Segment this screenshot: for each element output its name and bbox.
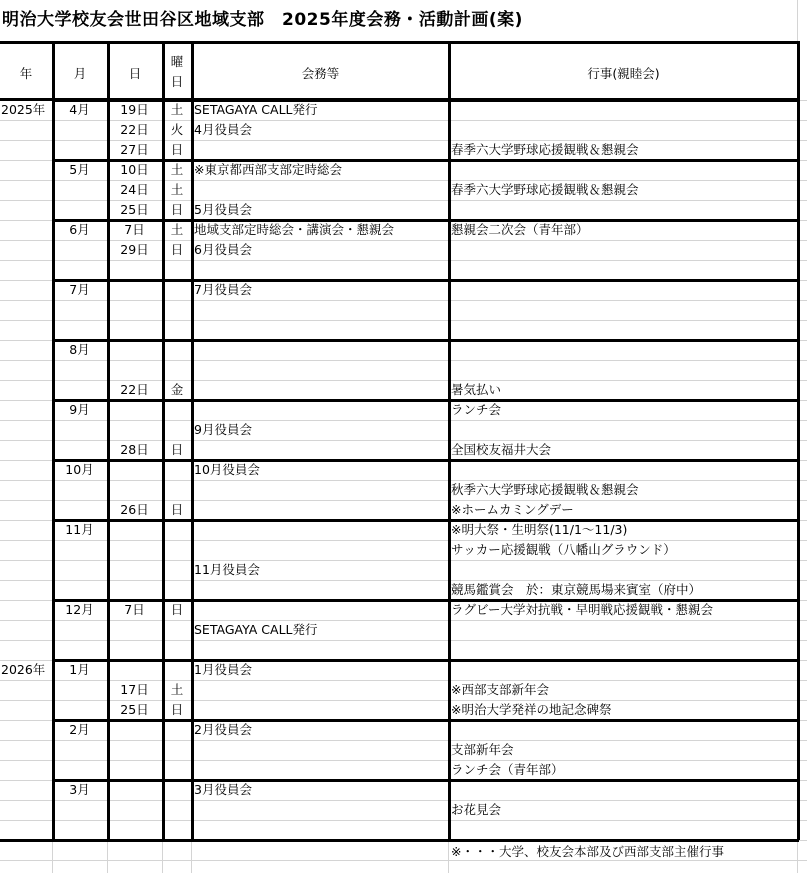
cell-year[interactable] xyxy=(0,320,51,340)
cell-dow[interactable] xyxy=(163,300,191,320)
cell-month[interactable]: 3月 xyxy=(53,780,106,800)
cell-dow[interactable] xyxy=(163,480,191,500)
cell-affair[interactable] xyxy=(194,700,446,720)
cell-dow[interactable]: 日 xyxy=(163,240,191,260)
cell-year[interactable] xyxy=(0,780,51,800)
cell-year[interactable] xyxy=(0,200,51,220)
cell-event[interactable]: 春季六大学野球応援観戦＆懇親会 xyxy=(451,180,796,200)
cell-event[interactable]: ※ホームカミングデー xyxy=(451,500,796,520)
gridline-v xyxy=(107,840,108,873)
cell-affair[interactable] xyxy=(194,640,446,660)
cell-year[interactable] xyxy=(0,820,51,840)
cell-day[interactable] xyxy=(108,340,161,360)
cell-month[interactable] xyxy=(53,620,106,640)
cell-event[interactable] xyxy=(451,160,796,180)
cell-day[interactable] xyxy=(108,580,161,600)
cell-year[interactable] xyxy=(0,120,51,140)
cell-event[interactable]: ※明大祭・生明祭(11/1～11/3) xyxy=(451,520,796,540)
cell-month[interactable]: 4月 xyxy=(53,100,106,120)
cell-dow[interactable]: 土 xyxy=(163,180,191,200)
cell-month[interactable] xyxy=(53,180,106,200)
cell-event[interactable] xyxy=(451,260,796,280)
cell-month[interactable] xyxy=(53,240,106,260)
cell-year[interactable] xyxy=(0,360,51,380)
cell-month[interactable]: 5月 xyxy=(53,160,106,180)
gridline-v xyxy=(52,840,53,873)
cell-month[interactable] xyxy=(53,320,106,340)
cell-dow[interactable]: 日 xyxy=(163,500,191,520)
cell-year[interactable] xyxy=(0,240,51,260)
cell-year[interactable] xyxy=(0,160,51,180)
cell-day[interactable]: 22日 xyxy=(108,380,161,400)
cell-event[interactable] xyxy=(451,640,796,660)
cell-dow[interactable]: 日 xyxy=(163,600,191,620)
cell-day[interactable]: 19日 xyxy=(108,100,161,120)
cell-year[interactable] xyxy=(0,440,51,460)
cell-affair[interactable] xyxy=(194,520,446,540)
cell-dow[interactable] xyxy=(163,400,191,420)
cell-year[interactable] xyxy=(0,620,51,640)
header-events: 行事(親睦会) xyxy=(450,64,797,82)
cell-day[interactable]: 25日 xyxy=(108,700,161,720)
cell-event[interactable]: 支部新年会 xyxy=(451,740,796,760)
cell-dow[interactable] xyxy=(163,260,191,280)
cell-affair[interactable] xyxy=(194,820,446,840)
cell-month[interactable]: 11月 xyxy=(53,520,106,540)
cell-event[interactable]: 春季六大学野球応援観戦＆懇親会 xyxy=(451,140,796,160)
cell-event[interactable] xyxy=(451,660,796,680)
cell-dow[interactable]: 土 xyxy=(163,680,191,700)
cell-event[interactable] xyxy=(451,300,796,320)
cell-day[interactable]: 28日 xyxy=(108,440,161,460)
cell-affair[interactable] xyxy=(194,580,446,600)
cell-event[interactable]: 全国校友福井大会 xyxy=(451,440,796,460)
cell-affair[interactable] xyxy=(194,600,446,620)
cell-day[interactable] xyxy=(108,780,161,800)
cell-year[interactable] xyxy=(0,280,51,300)
cell-dow[interactable] xyxy=(163,820,191,840)
cell-affair[interactable]: ※東京都西部支部定時総会 xyxy=(194,160,446,180)
cell-dow[interactable]: 土 xyxy=(163,100,191,120)
cell-dow[interactable] xyxy=(163,720,191,740)
cell-month[interactable]: 9月 xyxy=(53,400,106,420)
cell-affair[interactable]: 4月役員会 xyxy=(194,120,446,140)
cell-day[interactable] xyxy=(108,540,161,560)
cell-affair[interactable] xyxy=(194,740,446,760)
cell-month[interactable] xyxy=(53,200,106,220)
cell-affair[interactable] xyxy=(194,360,446,380)
cell-day[interactable] xyxy=(108,640,161,660)
cell-dow[interactable]: 土 xyxy=(163,160,191,180)
gridline-v xyxy=(448,840,449,873)
cell-dow[interactable] xyxy=(163,580,191,600)
cell-year[interactable] xyxy=(0,740,51,760)
cell-month[interactable]: 10月 xyxy=(53,460,106,480)
cell-day[interactable] xyxy=(108,280,161,300)
cell-year[interactable] xyxy=(0,560,51,580)
header-year: 年 xyxy=(0,64,52,82)
cell-month[interactable]: 6月 xyxy=(53,220,106,240)
gridline-v xyxy=(162,840,163,873)
cell-dow[interactable]: 金 xyxy=(163,380,191,400)
cell-dow[interactable] xyxy=(163,660,191,680)
cell-dow[interactable] xyxy=(163,420,191,440)
cell-year[interactable] xyxy=(0,480,51,500)
cell-year[interactable] xyxy=(0,720,51,740)
cell-month[interactable] xyxy=(53,500,106,520)
cell-affair[interactable] xyxy=(194,480,446,500)
cell-month[interactable] xyxy=(53,740,106,760)
cell-event[interactable] xyxy=(451,720,796,740)
body-col-border xyxy=(797,98,800,840)
cell-event[interactable] xyxy=(451,100,796,120)
header-col-border xyxy=(162,41,165,100)
cell-event[interactable]: ラグビー大学対抗戦・早明戦応援観戦・懇親会 xyxy=(451,600,796,620)
cell-day[interactable] xyxy=(108,400,161,420)
cell-day[interactable]: 26日 xyxy=(108,500,161,520)
cell-dow[interactable]: 日 xyxy=(163,140,191,160)
cell-dow[interactable]: 日 xyxy=(163,440,191,460)
cell-event[interactable]: 秋季六大学野球応援観戦＆懇親会 xyxy=(451,480,796,500)
cell-year[interactable] xyxy=(0,140,51,160)
cell-affair[interactable] xyxy=(194,680,446,700)
cell-year[interactable] xyxy=(0,380,51,400)
cell-month[interactable]: 8月 xyxy=(53,340,106,360)
gridline-v xyxy=(797,0,798,42)
cell-day[interactable]: 17日 xyxy=(108,680,161,700)
cell-dow[interactable] xyxy=(163,320,191,340)
cell-year[interactable] xyxy=(0,680,51,700)
cell-event[interactable] xyxy=(451,420,796,440)
cell-year[interactable] xyxy=(0,760,51,780)
cell-year[interactable] xyxy=(0,500,51,520)
gridline-v xyxy=(797,840,798,873)
cell-month[interactable] xyxy=(53,760,106,780)
cell-affair[interactable] xyxy=(194,260,446,280)
cell-dow[interactable]: 日 xyxy=(163,700,191,720)
cell-affair[interactable] xyxy=(194,500,446,520)
cell-event[interactable]: ランチ会（青年部） xyxy=(451,760,796,780)
cell-affair[interactable]: 5月役員会 xyxy=(194,200,446,220)
cell-affair[interactable] xyxy=(194,760,446,780)
cell-affair[interactable]: 11月役員会 xyxy=(194,560,446,580)
cell-affair[interactable] xyxy=(194,800,446,820)
cell-affair[interactable]: SETAGAYA CALL発行 xyxy=(194,100,446,120)
cell-month[interactable]: 1月 xyxy=(53,660,106,680)
cell-year[interactable] xyxy=(0,340,51,360)
cell-year[interactable] xyxy=(0,640,51,660)
footnote: ※・・・大学、校友会本部及び西部支部主催行事 xyxy=(451,842,724,862)
cell-event[interactable]: 競馬鑑賞会 於：東京競馬場来賓室（府中） xyxy=(451,580,796,600)
cell-event[interactable] xyxy=(451,460,796,480)
cell-affair[interactable]: 9月役員会 xyxy=(194,420,446,440)
cell-month[interactable] xyxy=(53,560,106,580)
cell-year[interactable]: 2026年 xyxy=(0,660,51,680)
cell-day[interactable]: 10日 xyxy=(108,160,161,180)
cell-affair[interactable] xyxy=(194,380,446,400)
cell-event[interactable] xyxy=(451,360,796,380)
cell-month[interactable] xyxy=(53,260,106,280)
cell-year[interactable] xyxy=(0,220,51,240)
cell-event[interactable] xyxy=(451,120,796,140)
cell-event[interactable] xyxy=(451,200,796,220)
cell-event[interactable] xyxy=(451,280,796,300)
cell-dow[interactable] xyxy=(163,560,191,580)
cell-event[interactable]: ※西部支部新年会 xyxy=(451,680,796,700)
cell-dow[interactable]: 日 xyxy=(163,200,191,220)
cell-month[interactable] xyxy=(53,800,106,820)
cell-dow[interactable] xyxy=(163,740,191,760)
cell-dow[interactable] xyxy=(163,360,191,380)
cell-day[interactable] xyxy=(108,480,161,500)
cell-day[interactable] xyxy=(108,660,161,680)
cell-event[interactable]: お花見会 xyxy=(451,800,796,820)
cell-month[interactable] xyxy=(53,700,106,720)
cell-year[interactable] xyxy=(0,300,51,320)
cell-dow[interactable] xyxy=(163,800,191,820)
cell-event[interactable]: 懇親会二次会（青年部） xyxy=(451,220,796,240)
cell-event[interactable]: 暑気払い xyxy=(451,380,796,400)
cell-affair[interactable] xyxy=(194,140,446,160)
cell-affair[interactable]: SETAGAYA CALL発行 xyxy=(194,620,446,640)
cell-month[interactable] xyxy=(53,640,106,660)
cell-month[interactable] xyxy=(53,380,106,400)
cell-affair[interactable]: 地域支部定時総会・講演会・懇親会 xyxy=(194,220,446,240)
cell-day[interactable] xyxy=(108,820,161,840)
cell-dow[interactable] xyxy=(163,620,191,640)
cell-day[interactable] xyxy=(108,360,161,380)
cell-affair[interactable] xyxy=(194,340,446,360)
header-top-border xyxy=(0,41,799,44)
cell-day[interactable]: 25日 xyxy=(108,200,161,220)
header-col-border xyxy=(797,41,800,100)
cell-month[interactable] xyxy=(53,140,106,160)
cell-month[interactable] xyxy=(53,540,106,560)
cell-affair[interactable]: 10月役員会 xyxy=(194,460,446,480)
cell-event[interactable]: ランチ会 xyxy=(451,400,796,420)
cell-event[interactable]: サッカー応援観戦（八幡山グラウンド） xyxy=(451,540,796,560)
cell-event[interactable]: ※明治大学発祥の地記念碑祭 xyxy=(451,700,796,720)
cell-month[interactable] xyxy=(53,420,106,440)
cell-month[interactable] xyxy=(53,300,106,320)
header-affairs: 会務等 xyxy=(193,64,448,82)
cell-year[interactable] xyxy=(0,700,51,720)
cell-month[interactable] xyxy=(53,580,106,600)
cell-day[interactable] xyxy=(108,520,161,540)
header-dow-line2: 日 xyxy=(163,72,191,90)
cell-year[interactable] xyxy=(0,400,51,420)
cell-day[interactable] xyxy=(108,300,161,320)
cell-affair[interactable] xyxy=(194,400,446,420)
cell-affair[interactable]: 6月役員会 xyxy=(194,240,446,260)
cell-event[interactable] xyxy=(451,320,796,340)
cell-day[interactable]: 22日 xyxy=(108,120,161,140)
cell-month[interactable] xyxy=(53,120,106,140)
cell-dow[interactable] xyxy=(163,520,191,540)
cell-affair[interactable]: 3月役員会 xyxy=(194,780,446,800)
cell-dow[interactable] xyxy=(163,540,191,560)
cell-affair[interactable]: 1月役員会 xyxy=(194,660,446,680)
cell-event[interactable] xyxy=(451,820,796,840)
cell-dow[interactable] xyxy=(163,460,191,480)
cell-year[interactable] xyxy=(0,520,51,540)
cell-dow[interactable] xyxy=(163,760,191,780)
cell-event[interactable] xyxy=(451,780,796,800)
cell-day[interactable]: 29日 xyxy=(108,240,161,260)
cell-day[interactable]: 27日 xyxy=(108,140,161,160)
cell-affair[interactable] xyxy=(194,180,446,200)
cell-event[interactable] xyxy=(451,620,796,640)
cell-month[interactable] xyxy=(53,820,106,840)
header-day: 日 xyxy=(108,64,162,82)
cell-day[interactable] xyxy=(108,800,161,820)
cell-year[interactable] xyxy=(0,600,51,620)
cell-year[interactable] xyxy=(0,540,51,560)
cell-affair[interactable] xyxy=(194,440,446,460)
cell-dow[interactable] xyxy=(163,640,191,660)
cell-month[interactable] xyxy=(53,480,106,500)
cell-month[interactable] xyxy=(53,440,106,460)
cell-day[interactable]: 7日 xyxy=(108,220,161,240)
cell-day[interactable] xyxy=(108,740,161,760)
cell-event[interactable] xyxy=(451,560,796,580)
cell-day[interactable] xyxy=(108,260,161,280)
cell-dow[interactable] xyxy=(163,780,191,800)
cell-event[interactable] xyxy=(451,240,796,260)
cell-affair[interactable]: 2月役員会 xyxy=(194,720,446,740)
cell-year[interactable] xyxy=(0,180,51,200)
cell-year[interactable] xyxy=(0,260,51,280)
cell-day[interactable]: 7日 xyxy=(108,600,161,620)
cell-month[interactable] xyxy=(53,680,106,700)
cell-dow[interactable] xyxy=(163,280,191,300)
cell-year[interactable]: 2025年 xyxy=(0,100,51,120)
cell-affair[interactable]: 7月役員会 xyxy=(194,280,446,300)
cell-month[interactable]: 2月 xyxy=(53,720,106,740)
cell-day[interactable] xyxy=(108,720,161,740)
cell-month[interactable] xyxy=(53,360,106,380)
cell-day[interactable] xyxy=(108,460,161,480)
cell-year[interactable] xyxy=(0,420,51,440)
cell-day[interactable] xyxy=(108,620,161,640)
cell-affair[interactable] xyxy=(194,320,446,340)
cell-month[interactable]: 7月 xyxy=(53,280,106,300)
cell-day[interactable] xyxy=(108,420,161,440)
cell-affair[interactable] xyxy=(194,540,446,560)
cell-dow[interactable]: 火 xyxy=(163,120,191,140)
gridline-v xyxy=(191,840,192,873)
cell-year[interactable] xyxy=(0,580,51,600)
cell-affair[interactable] xyxy=(194,300,446,320)
header-month: 月 xyxy=(53,64,107,82)
cell-dow[interactable]: 土 xyxy=(163,220,191,240)
cell-day[interactable] xyxy=(108,320,161,340)
cell-event[interactable] xyxy=(451,340,796,360)
cell-day[interactable] xyxy=(108,760,161,780)
cell-year[interactable] xyxy=(0,460,51,480)
header-dow-line1: 曜 xyxy=(163,52,191,70)
cell-day[interactable] xyxy=(108,560,161,580)
cell-year[interactable] xyxy=(0,800,51,820)
cell-day[interactable]: 24日 xyxy=(108,180,161,200)
cell-month[interactable]: 12月 xyxy=(53,600,106,620)
cell-dow[interactable] xyxy=(163,340,191,360)
